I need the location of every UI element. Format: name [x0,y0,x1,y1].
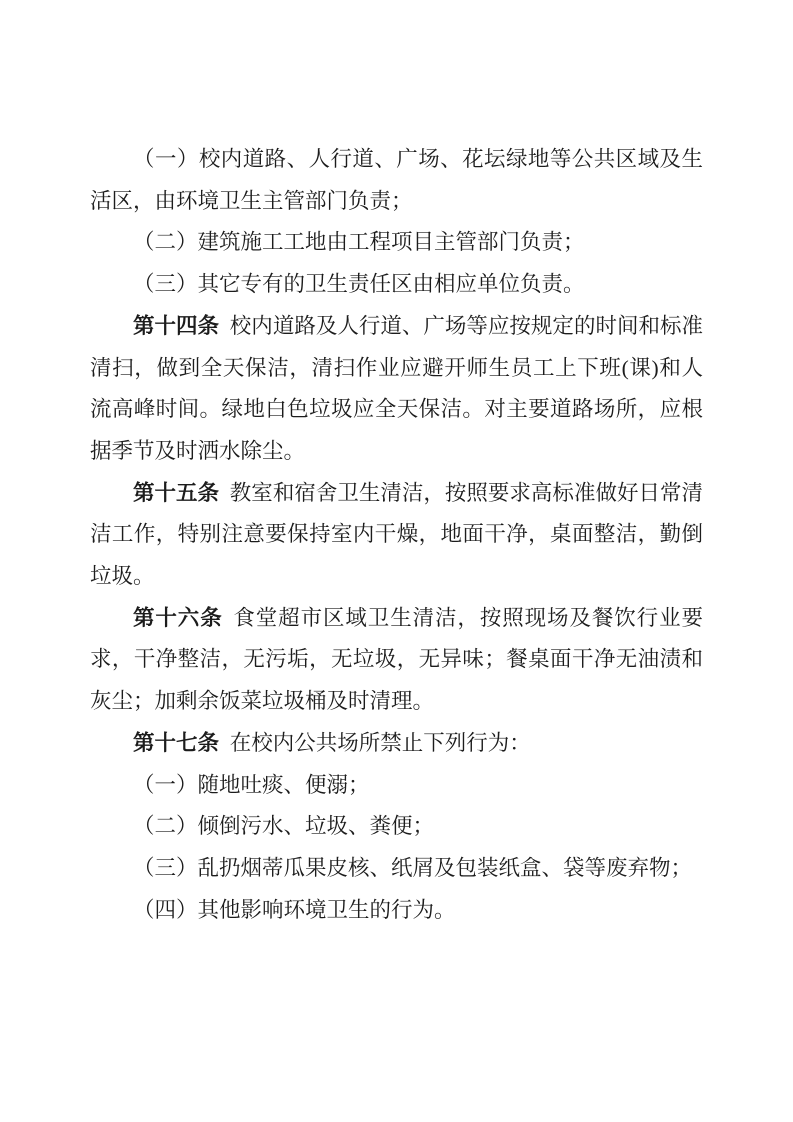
paragraph: （二）倾倒污水、垃圾、粪便； [90,806,703,848]
screenshot-root: { "page": { "background_color": "#ffffff… [0,0,793,1122]
article-number: 第十七条 [133,731,219,755]
paragraph: 第十四条校内道路及人行道、广场等应按规定的时间和标准清扫，做到全天保洁，清扫作业… [90,306,703,473]
paragraph: （三）乱扔烟蒂瓜果皮核、纸屑及包装纸盒、袋等废弃物； [90,848,703,890]
paragraph: 第十六条食堂超市区域卫生清洁，按照现场及餐饮行业要求，干净整洁，无污垢，无垃圾，… [90,598,703,723]
paragraph-text: （三）乱扔烟蒂瓜果皮核、纸屑及包装纸盒、袋等废弃物； [133,856,692,880]
paragraph-text: （一）随地吐痰、便溺； [133,773,370,797]
paragraph: （二）建筑施工工地由工程项目主管部门负责； [90,222,703,264]
article-number: 第十五条 [133,481,219,505]
paragraph: （三）其它专有的卫生责任区由相应单位负责。 [90,264,703,306]
paragraph-text: （三）其它专有的卫生责任区由相应单位负责。 [133,272,585,296]
paragraph: （一）随地吐痰、便溺； [90,765,703,807]
article-number: 第十六条 [133,606,223,630]
paragraph: 第十五条教室和宿舍卫生清洁，按照要求高标准做好日常清洁工作，特别注意要保持室内干… [90,473,703,598]
paragraph-text: 在校内公共场所禁止下列行为： [230,731,531,755]
paragraph: 第十七条在校内公共场所禁止下列行为： [90,723,703,765]
paragraph: （一）校内道路、人行道、广场、花坛绿地等公共区域及生活区，由环境卫生主管部门负责… [90,139,703,222]
document-page: （一）校内道路、人行道、广场、花坛绿地等公共区域及生活区，由环境卫生主管部门负责… [0,0,793,1122]
paragraph-text: （二）建筑施工工地由工程项目主管部门负责； [133,230,585,254]
paragraph-text: （四）其他影响环境卫生的行为。 [133,898,456,922]
paragraph-text: （一）校内道路、人行道、广场、花坛绿地等公共区域及生活区，由环境卫生主管部门负责… [90,147,703,213]
article-number: 第十四条 [133,314,219,338]
paragraph: （四）其他影响环境卫生的行为。 [90,890,703,932]
document-body: （一）校内道路、人行道、广场、花坛绿地等公共区域及生活区，由环境卫生主管部门负责… [90,139,703,931]
paragraph-text: （二）倾倒污水、垃圾、粪便； [133,814,434,838]
